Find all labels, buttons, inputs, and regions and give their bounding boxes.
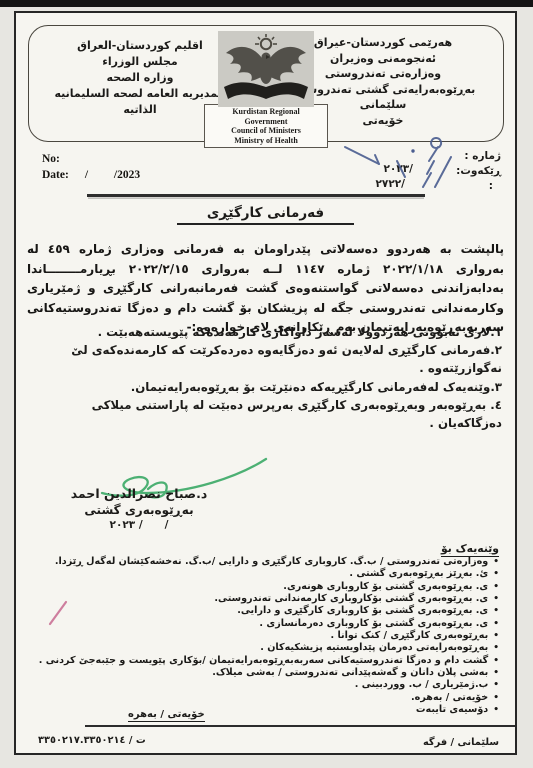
distribution-item: خۆیەتی / بەهرە. [27,692,499,704]
document-title-row: فەرمانی کارگێڕی [16,202,515,225]
signature-date: / / ٢٠٢٣ [30,518,248,533]
distribution-item: ی. بەڕێوەبەری گشتی بۆ کاروباری دەرمانساز… [27,618,499,630]
distribution-item: گشت دام و دەزگا تەندروستیەکانی سەربەبەڕێ… [27,655,499,667]
footer-copy-note: خۆیەتی / بەهرە [128,709,205,722]
distribution-list: وەزارەتی تەندروستی / ب.گ. کاروباری کارگێ… [27,556,499,716]
english-line: Government [206,117,326,127]
distribution-item: ئ. بەڕێز بەڕێوەبەری گشتی . [27,568,499,580]
list-item: ١.لاری نەبوونی هەردوولا لەسەر داواکاری ک… [27,323,502,341]
date-label: Date: [42,169,69,181]
distribution-item: ی. بەڕێوەبەری گشتی بۆکاروباری کارمەندانی… [27,593,499,605]
letterhead-center: Kurdistan Regional Government Council of… [204,31,328,148]
letterhead-english-box: Kurdistan Regional Government Council of… [204,104,328,148]
handwritten-check-mark [46,598,70,628]
distribution-item: وەزارەتی تەندروستی / ب.گ. کاروباری کارگێ… [27,556,499,568]
footer-phone: ت / ٣٣٥٠٢١٧.٣٣٥٠٢١٤ [38,735,146,746]
list-item: ٤. بەڕێوەبەر وبەڕێوەبەری کارگێڕی بەرپرس … [27,396,502,432]
signature-block: د.صباح نصرالدین احمد بەڕێوەبەری گشتی / /… [30,485,248,533]
footer-place: سلێمانی / فرگە [423,737,499,748]
english-line: Council of Ministers [206,126,326,136]
distribution-item: دۆسیەی تایبەت [27,704,499,716]
distribution-item: بەڕێوەبەری کارگێڕی / کنک توانا . [27,630,499,642]
header-divider-rule [87,194,425,197]
distribution-header: وێنەیەک بۆ [441,542,499,557]
distribution-item: ی. بەڕێوەبەری گشتی بۆ کاروباری هونەری. [27,581,499,593]
scanned-official-letter: { "colors": { "ink": "#1c1b19", "paper":… [0,0,533,768]
scan-edge-strip [0,0,533,7]
distribution-item: ی. بەڕێوەبەری گشتی بۆ کاروباری کارگێڕی و… [27,605,499,617]
no-date-block: No: Date:/ /2023 [42,151,140,183]
handwritten-pen-marks [339,131,469,199]
signer-role: بەڕێوەبەری گشتی [30,502,248,518]
footer-divider-rule [85,725,515,727]
letterhead-box: هەرێمی کوردستان-عیراق ئەنجومەنی وەزیران … [28,25,504,142]
distribution-item: بەڕێوەبەرایەتی دەرمان پێداویستیە پزیشکیە… [27,642,499,654]
no-label: No: [42,151,140,167]
english-line: Ministry of Health [206,136,326,146]
signer-name: د.صباح نصرالدین احمد [30,485,248,502]
english-line: Kurdistan Regional [206,107,326,117]
krg-eagle-emblem-icon [218,31,314,107]
date-value: / /2023 [85,169,140,181]
body-numbered-list: ١.لاری نەبوونی هەردوولا لەسەر داواکاری ک… [27,323,502,432]
document-title: فەرمانی کارگێڕی [177,205,354,225]
page-border-frame: هەرێمی کوردستان-عیراق ئەنجومەنی وەزیران … [14,11,517,755]
distribution-item: بەشی پلان دانان و گەشەپێدانی تەندروستی /… [27,667,499,679]
distribution-item: ب.ژمێریاری / ب. ووردبینی . [27,679,499,691]
list-item: ٣.وێنەیەک لەفەرمانی کارگێڕیەکە دەنێرێت ب… [27,378,502,396]
list-item: ٢.فەرمانی کارگێڕی لەلایەن ئەو دەزگایەوە … [27,341,502,377]
